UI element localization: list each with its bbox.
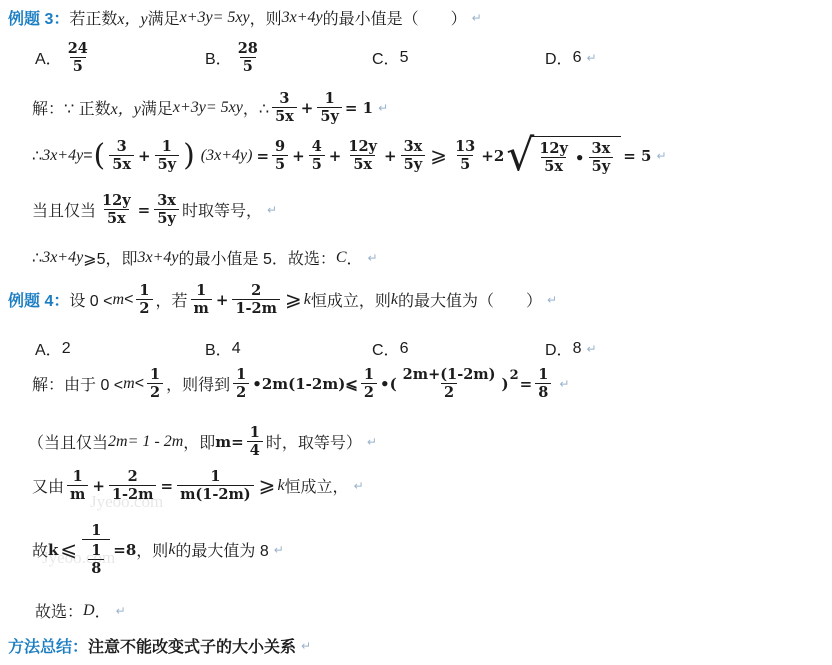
text: ． [347, 246, 363, 269]
text: （当且仅当 [28, 430, 108, 453]
frac-num: 1 [207, 468, 223, 485]
text: = 1 [345, 99, 373, 117]
fraction: 15y [317, 90, 342, 125]
frac-den: m [67, 485, 88, 503]
example4-options: A． 2 B． 4 C． 6 D． 8 ↵ [35, 337, 597, 360]
example3-options: A． 245 B． 285 C． 5 D． 6 ↵ [35, 40, 597, 75]
frac-den: 5 [70, 57, 86, 75]
frac-den: 8 [535, 383, 551, 401]
text: 的最小值是（ ） [323, 6, 467, 29]
text: 又由 [32, 474, 64, 497]
text: ，若 [156, 288, 188, 311]
option-letter: C． [372, 337, 400, 360]
operator: + [216, 291, 229, 309]
variable: k [168, 541, 175, 559]
text: < [124, 291, 133, 309]
fraction: 12 [147, 366, 163, 401]
frac-den: 1-2m [232, 299, 280, 317]
paragraph-mark: ↵ [559, 377, 569, 391]
text: 恒成立， [285, 474, 349, 497]
paragraph-mark: ↵ [472, 11, 482, 25]
fraction: 1m [191, 282, 212, 317]
frac-num: 12y [536, 140, 571, 157]
summary-label: 方法总结： [8, 634, 88, 657]
text: ⩾5，即 [83, 246, 137, 269]
text: 恒成立，则 [311, 288, 391, 311]
fraction: 18 [88, 542, 104, 577]
option-d: D． 8 ↵ [545, 337, 597, 360]
frac-den: 5x [272, 107, 297, 125]
text: ，则 [250, 6, 282, 29]
superscript: 2 [510, 368, 519, 383]
frac-num: 3 [276, 90, 292, 107]
operator: + [92, 477, 105, 495]
formula: 3x+4y [282, 9, 323, 27]
text: 故选： [35, 599, 83, 622]
option-value: 5 [400, 49, 409, 67]
option-letter: B． [205, 46, 232, 69]
variable: x，y [117, 6, 147, 29]
option-letter: C． [372, 46, 400, 69]
operator: + [301, 99, 314, 117]
frac-den: 1-2m [109, 485, 157, 503]
frac-den: 5y [317, 107, 342, 125]
option-letter: B． [205, 337, 232, 360]
option-letter: D． [545, 46, 573, 69]
variable: k [391, 291, 398, 309]
frac-den: 5 [272, 155, 288, 173]
frac-num: 1 [361, 366, 377, 383]
frac-den: m(1-2m) [177, 485, 254, 503]
radicand: 12y5x • 3x5y [530, 136, 621, 175]
frac-num: 2 [248, 282, 264, 299]
text: 若正数 [69, 6, 117, 29]
variable: k [48, 541, 58, 559]
example4-label: 例题 4： [8, 288, 69, 311]
right-paren: ) [247, 147, 252, 165]
paragraph-mark: ↵ [586, 342, 596, 356]
option-b: B． 4 [205, 337, 372, 360]
option-letter: A． [35, 337, 62, 360]
paragraph-mark: ↵ [547, 293, 557, 307]
variable: k [304, 291, 311, 309]
formula: 3x+4y [138, 249, 179, 267]
text: 的最大值为（ ） [398, 288, 542, 311]
frac-den: 2 [361, 383, 377, 401]
text: 满足 [148, 6, 180, 29]
frac-num: 1 [247, 424, 263, 441]
frac-num: 2m+(1-2m) [400, 366, 499, 383]
text: ． [95, 599, 111, 622]
paragraph-mark: ↵ [267, 203, 277, 217]
example3-label: 例题 3： [8, 6, 69, 29]
frac-den: 2 [136, 299, 152, 317]
formula: 2m= 1 - 2m [108, 433, 183, 451]
fraction: 35x [272, 90, 297, 125]
answer-letter: D [83, 602, 95, 620]
option-letter: A． [35, 46, 62, 69]
left-paren: ( [94, 141, 106, 171]
frac-num: 1 [535, 366, 551, 383]
frac-den: 5x [104, 209, 129, 227]
frac-den: 5x [350, 155, 375, 173]
operator: + [138, 147, 151, 165]
nested-fraction: 1 18 [82, 522, 110, 577]
example4-solution-1: 解：由于 0 < m < 12 ，则得到 12 •2m(1-2m)⩽ 12 •(… [32, 366, 569, 401]
text: 解：∵ 正数 [32, 96, 111, 119]
frac-num: 4 [309, 138, 325, 155]
fraction: 12 [361, 366, 377, 401]
frac-den: 2 [441, 383, 457, 401]
frac-num: 24 [65, 40, 91, 57]
paragraph-mark: ↵ [368, 251, 378, 265]
frac-num: 12y [345, 138, 380, 155]
frac-den: 5y [154, 209, 179, 227]
variable: m [123, 375, 135, 393]
geq-operator: ⩾ [259, 473, 276, 498]
frac-num: 2 [125, 468, 141, 485]
text: ，即 [183, 430, 215, 453]
text: 时取等号， [182, 198, 262, 221]
text: +2 [481, 147, 504, 165]
summary-text: 注意不能改变式子的大小关系 [88, 634, 296, 657]
example4-solution-4: 故 k ⩽ 1 18 =8 ，则 k 的最大值为 8 ↵ [32, 522, 284, 577]
text: ，∴ [243, 96, 269, 119]
frac-den: 8 [88, 559, 104, 577]
formula: x+3y= 5xy [173, 99, 243, 117]
fraction: 35x [109, 138, 134, 173]
fraction: 15y [155, 138, 180, 173]
operator: = [520, 375, 533, 393]
frac-num: 1 [159, 138, 175, 155]
frac-num: 13 [452, 138, 478, 155]
text: = [83, 147, 92, 165]
right-paren: ) [183, 141, 195, 171]
fraction: 21-2m [232, 282, 280, 317]
example3-title: 例题 3： 若正数 x，y 满足 x+3y= 5xy ，则 3x+4y 的最小值… [8, 6, 482, 29]
fraction: 285 [235, 40, 261, 75]
text: < [135, 375, 144, 393]
example4-solution-3: 又由 1m + 21-2m = 1m(1-2m) ⩾ k 恒成立， ↵ [32, 468, 364, 503]
geq-operator: ⩾ [285, 287, 302, 312]
frac-den: 5y [401, 155, 426, 173]
example3-solution-1: 解：∵ 正数 x，y 满足 x+3y= 5xy ，∴ 35x + 15y = 1… [32, 90, 388, 125]
text: ，则 [136, 538, 168, 561]
multiply-dot: • [575, 149, 585, 167]
frac-den: 5 [457, 155, 473, 173]
option-a: A． 245 [35, 40, 205, 75]
variable: k [277, 477, 284, 495]
option-c: C． 6 [372, 337, 545, 360]
formula: =8 [113, 541, 136, 559]
operator: = [256, 147, 269, 165]
geq-operator: ⩾ [430, 143, 447, 168]
text: 时，取等号） [266, 430, 362, 453]
option-letter: D． [545, 337, 573, 360]
frac-den: 5y [155, 155, 180, 173]
option-c: C． 5 [372, 46, 545, 69]
text: ，则得到 [166, 372, 230, 395]
option-b: B． 285 [205, 40, 372, 75]
frac-den: 5 [240, 57, 256, 75]
frac-num: 1 [88, 522, 104, 539]
option-value: 6 [573, 49, 582, 67]
variable: x，y [111, 96, 141, 119]
fraction: 2m+(1-2m)2 [400, 366, 499, 401]
fraction: 245 [65, 40, 91, 75]
paragraph-mark: ↵ [656, 149, 666, 163]
fraction: 135 [452, 138, 478, 173]
frac-den: 5 [309, 155, 325, 173]
frac-den: 2 [147, 383, 163, 401]
method-summary: 方法总结： 注意不能改变式子的大小关系 ↵ [8, 634, 311, 657]
text: 解：由于 0 < [32, 372, 123, 395]
frac-num: 12y [99, 192, 134, 209]
fraction: 3x5y [154, 192, 179, 227]
example4-solution-5: 故选： D ． ↵ [35, 599, 126, 622]
option-d: D． 6 ↵ [545, 46, 597, 69]
frac-den: 5x [541, 157, 566, 175]
square-root: √ 12y5x • 3x5y [506, 136, 621, 175]
right-paren: ) [502, 375, 509, 393]
frac-num: 1 [88, 542, 104, 559]
fraction: 95 [272, 138, 288, 173]
fraction: 14 [247, 424, 263, 459]
formula: 3x+4y [42, 249, 83, 267]
fraction: 12 [233, 366, 249, 401]
fraction: 1m [67, 468, 88, 503]
left-paren: •( [380, 375, 397, 393]
formula: m= [215, 433, 243, 451]
frac-den: 2 [233, 383, 249, 401]
frac-num: 1 [147, 366, 163, 383]
option-value: 4 [232, 340, 241, 358]
frac-num: 3 [114, 138, 130, 155]
text: 设 0 < [69, 288, 112, 311]
text: 的最大值为 8 [175, 538, 268, 561]
text: 满足 [141, 96, 173, 119]
variable: m [113, 291, 125, 309]
paragraph-mark: ↵ [116, 604, 126, 618]
fraction: 18 [535, 366, 551, 401]
frac-den: 18 [82, 539, 110, 577]
formula: •2m(1-2m)⩽ [252, 375, 358, 393]
option-value: 2 [62, 340, 71, 358]
frac-num: 28 [235, 40, 261, 57]
frac-num: 1 [70, 468, 86, 485]
paragraph-mark: ↵ [378, 101, 388, 115]
operator: + [384, 147, 397, 165]
formula: 3x+4y [206, 147, 247, 165]
text: ∴ [32, 146, 42, 166]
fraction: 45 [309, 138, 325, 173]
operator: = [160, 477, 173, 495]
document: 例题 3： 若正数 x，y 满足 x+3y= 5xy ，则 3x+4y 的最小值… [0, 0, 832, 665]
frac-num: 1 [136, 282, 152, 299]
example3-solution-2: ∴ 3x+4y = ( 35x + 15y ) ( 3x+4y ) = 95 +… [32, 136, 667, 175]
frac-num: 1 [322, 90, 338, 107]
operator: = [138, 201, 151, 219]
fraction: 12y5x [345, 138, 380, 173]
frac-den: 4 [247, 441, 263, 459]
text: = 5 [623, 147, 651, 165]
fraction: 3x5y [589, 140, 614, 175]
option-value: 8 [573, 340, 582, 358]
frac-num: 1 [193, 282, 209, 299]
text: ∴ [32, 248, 42, 268]
fraction: 12y5x [99, 192, 134, 227]
paragraph-mark: ↵ [586, 51, 596, 65]
fraction: 1m(1-2m) [177, 468, 254, 503]
frac-num: 3x [589, 140, 614, 157]
option-a: A． 2 [35, 337, 205, 360]
operator: + [329, 147, 342, 165]
example3-solution-3: 当且仅当 12y5x = 3x5y 时取等号， ↵ [32, 192, 277, 227]
formula: 3x+4y [42, 147, 83, 165]
example4-title: 例题 4： 设 0 < m < 12 ，若 1m + 21-2m ⩾ k 恒成立… [8, 282, 557, 317]
frac-den: 5x [109, 155, 134, 173]
formula: x+3y= 5xy [180, 9, 250, 27]
paragraph-mark: ↵ [274, 543, 284, 557]
fraction: 12y5x [536, 140, 571, 175]
frac-num: 1 [233, 366, 249, 383]
operator: + [292, 147, 305, 165]
example3-solution-4: ∴ 3x+4y ⩾5，即 3x+4y 的最小值是 5．故选： C ． ↵ [32, 246, 378, 269]
fraction: 21-2m [109, 468, 157, 503]
frac-num: 3x [154, 192, 179, 209]
frac-num: 9 [272, 138, 288, 155]
fraction: 3x5y [401, 138, 426, 173]
text: 故 [32, 538, 48, 561]
fraction: 12 [136, 282, 152, 317]
frac-den: m [191, 299, 212, 317]
frac-den: 5y [589, 157, 614, 175]
paragraph-mark: ↵ [301, 639, 311, 653]
paragraph-mark: ↵ [367, 435, 377, 449]
example4-solution-2: （当且仅当 2m= 1 - 2m ，即 m= 14 时，取等号） ↵ [28, 424, 377, 459]
text: 的最小值是 5．故选： [179, 246, 336, 269]
paragraph-mark: ↵ [354, 479, 364, 493]
leq-operator: ⩽ [60, 537, 77, 562]
answer-letter: C [336, 249, 347, 267]
option-value: 6 [400, 340, 409, 358]
text: 当且仅当 [32, 198, 96, 221]
frac-num: 3x [401, 138, 426, 155]
